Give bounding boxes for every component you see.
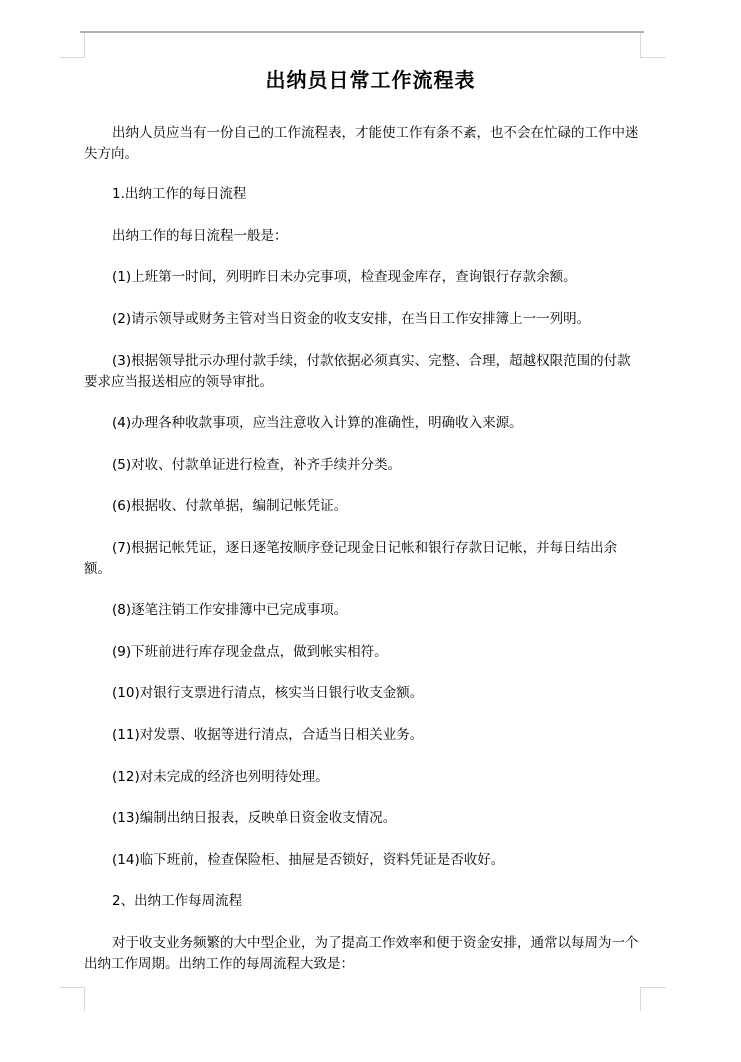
- paragraph: 1.出纳工作的每日流程: [84, 184, 642, 205]
- paragraph: (1)上班第一时间，列明昨日未办完事项，检查现金库存，查询银行存款余额。: [84, 267, 642, 288]
- paragraph: (12)对未完成的经济也列明待处理。: [84, 767, 642, 788]
- corner-mark-bottom-left: [60, 987, 85, 988]
- paragraph: 出纳人员应当有一份自己的工作流程表，才能使工作有条不紊，也不会在忙碌的工作中迷失…: [84, 123, 642, 165]
- paragraph: (3)根据领导批示办理付款手续，付款依据必须真实、完整、合理，超越权限范围的付款…: [84, 351, 642, 393]
- paragraph: (10)对银行支票进行清点，核实当日银行收支金额。: [84, 683, 642, 704]
- paragraph: 对于收支业务频繁的大中型企业，为了提高工作效率和便于资金安排，通常以每周为一个出…: [84, 933, 642, 975]
- corner-mark-bottom-left: [84, 987, 85, 1011]
- paragraph: (11)对发票、收据等进行清点，合适当日相关业务。: [84, 725, 642, 746]
- corner-mark-top-right: [640, 33, 641, 57]
- paragraph: (7)根据记帐凭证，逐日逐笔按顺序登记现金日记帐和银行存款日记帐，并每日结出余额…: [84, 538, 642, 580]
- paragraph: (6)根据收、付款单据，编制记帐凭证。: [84, 496, 642, 517]
- paragraph: 2、出纳工作每周流程: [84, 891, 642, 912]
- corner-mark-top-right: [640, 57, 666, 58]
- paragraph: (14)临下班前，检查保险柜、抽屉是否锁好，资料凭证是否收好。: [84, 850, 642, 871]
- paragraph: (9)下班前进行库存现金盘点，做到帐实相符。: [84, 642, 642, 663]
- paragraph: (2)请示领导或财务主管对当日资金的收支安排，在当日工作安排簿上一一列明。: [84, 309, 642, 330]
- paragraph: (5)对收、付款单证进行检查，补齐手续并分类。: [84, 455, 642, 476]
- header-rule: [80, 31, 644, 33]
- paragraph: 出纳工作的每日流程一般是：: [84, 226, 642, 247]
- paragraph: (4)办理各种收款事项，应当注意收入计算的准确性，明确收入来源。: [84, 413, 642, 434]
- paragraph: (8)逐笔注销工作安排簿中已完成事项。: [84, 600, 642, 621]
- document-title: 出纳员日常工作流程表: [0, 64, 741, 93]
- corner-mark-top-left: [84, 33, 85, 57]
- corner-mark-bottom-right: [640, 987, 641, 1011]
- paragraph: (13)编制出纳日报表，反映单日资金收支情况。: [84, 808, 642, 829]
- corner-mark-bottom-right: [640, 987, 666, 988]
- corner-mark-top-left: [60, 57, 85, 58]
